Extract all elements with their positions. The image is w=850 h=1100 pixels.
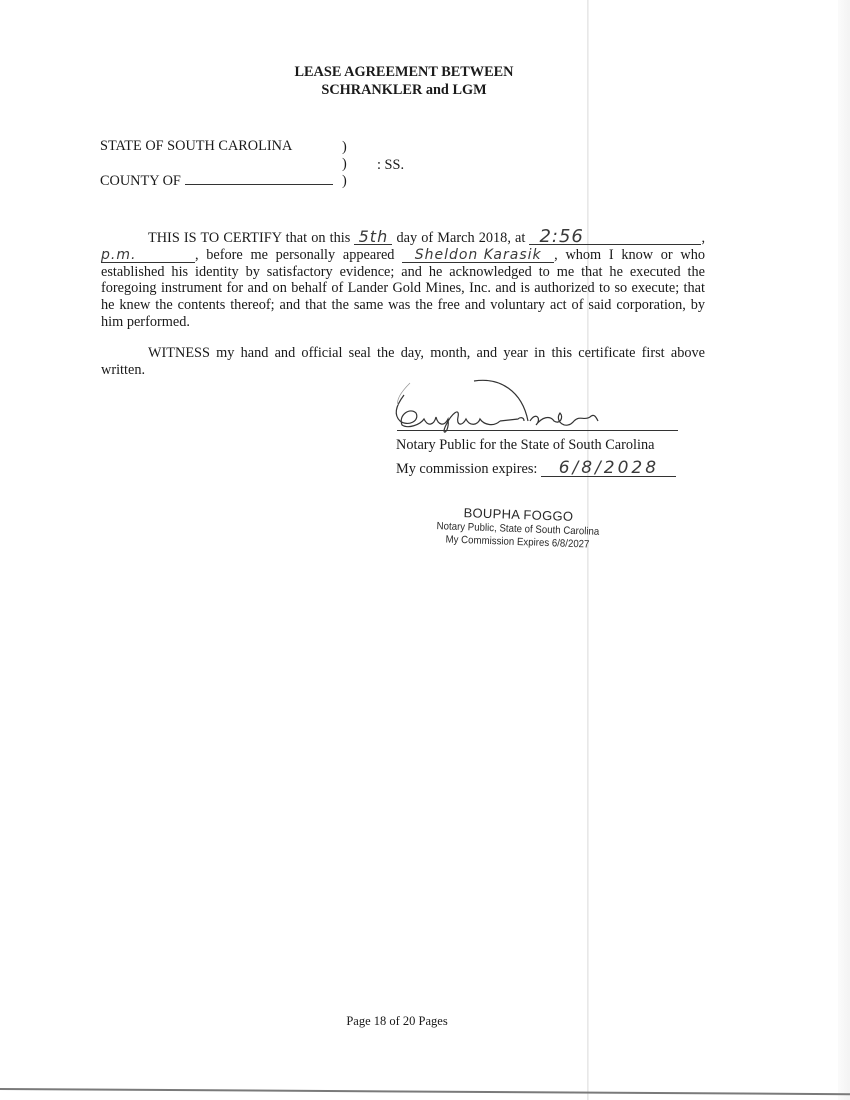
witness-paragraph: WITNESS my hand and official seal the da…	[101, 345, 705, 379]
notary-public-label: Notary Public for the State of South Car…	[396, 436, 655, 454]
cert-text-d: , before me personally appeared	[195, 247, 394, 263]
ss-marker: : SS.	[377, 157, 404, 174]
state-caption: STATE OF SOUTH CAROLINA	[100, 137, 292, 155]
cert-text-c: ,	[701, 230, 705, 246]
county-caption: COUNTY OF	[100, 172, 333, 190]
caption-paren-1: )	[342, 139, 347, 156]
title-line-1: LEASE AGREEMENT BETWEEN	[0, 63, 808, 81]
scan-bottom-edge	[0, 1088, 850, 1095]
handwritten-appearer-name: Sheldon Karasik	[402, 248, 554, 263]
commission-expires-label: My commission expires:	[396, 461, 537, 477]
commission-expires: My commission expires:6/8/2028	[396, 460, 676, 478]
title-line-2: SCHRANKLER and LGM	[0, 81, 808, 99]
document-title: LEASE AGREEMENT BETWEEN SCHRANKLER and L…	[0, 63, 808, 99]
county-blank	[185, 172, 333, 185]
page-number-footer: Page 18 of 20 Pages	[0, 1014, 794, 1029]
county-label: COUNTY OF	[100, 173, 181, 189]
witness-text: WITNESS my hand and official seal the da…	[101, 345, 705, 378]
caption-paren-2: )	[342, 156, 347, 173]
handwritten-time: 2:56	[529, 230, 701, 245]
notary-signature	[390, 377, 690, 433]
notary-stamp: BOUPHA FOGGO Notary Public, State of Sou…	[427, 504, 608, 552]
cert-text-b: day of March 2018, at	[397, 230, 526, 246]
certification-paragraph: THIS IS TO CERTIFY that on this 5th day …	[101, 230, 705, 331]
cert-text-a: THIS IS TO CERTIFY that on this	[148, 230, 350, 246]
scan-page-edge	[838, 0, 850, 1100]
handwritten-day: 5th	[354, 230, 392, 245]
handwritten-ampm: p.m.	[101, 248, 195, 263]
signature-line	[397, 430, 678, 431]
handwritten-expiration-date: 6/8/2028	[541, 460, 676, 477]
caption-paren-3: )	[342, 173, 347, 190]
